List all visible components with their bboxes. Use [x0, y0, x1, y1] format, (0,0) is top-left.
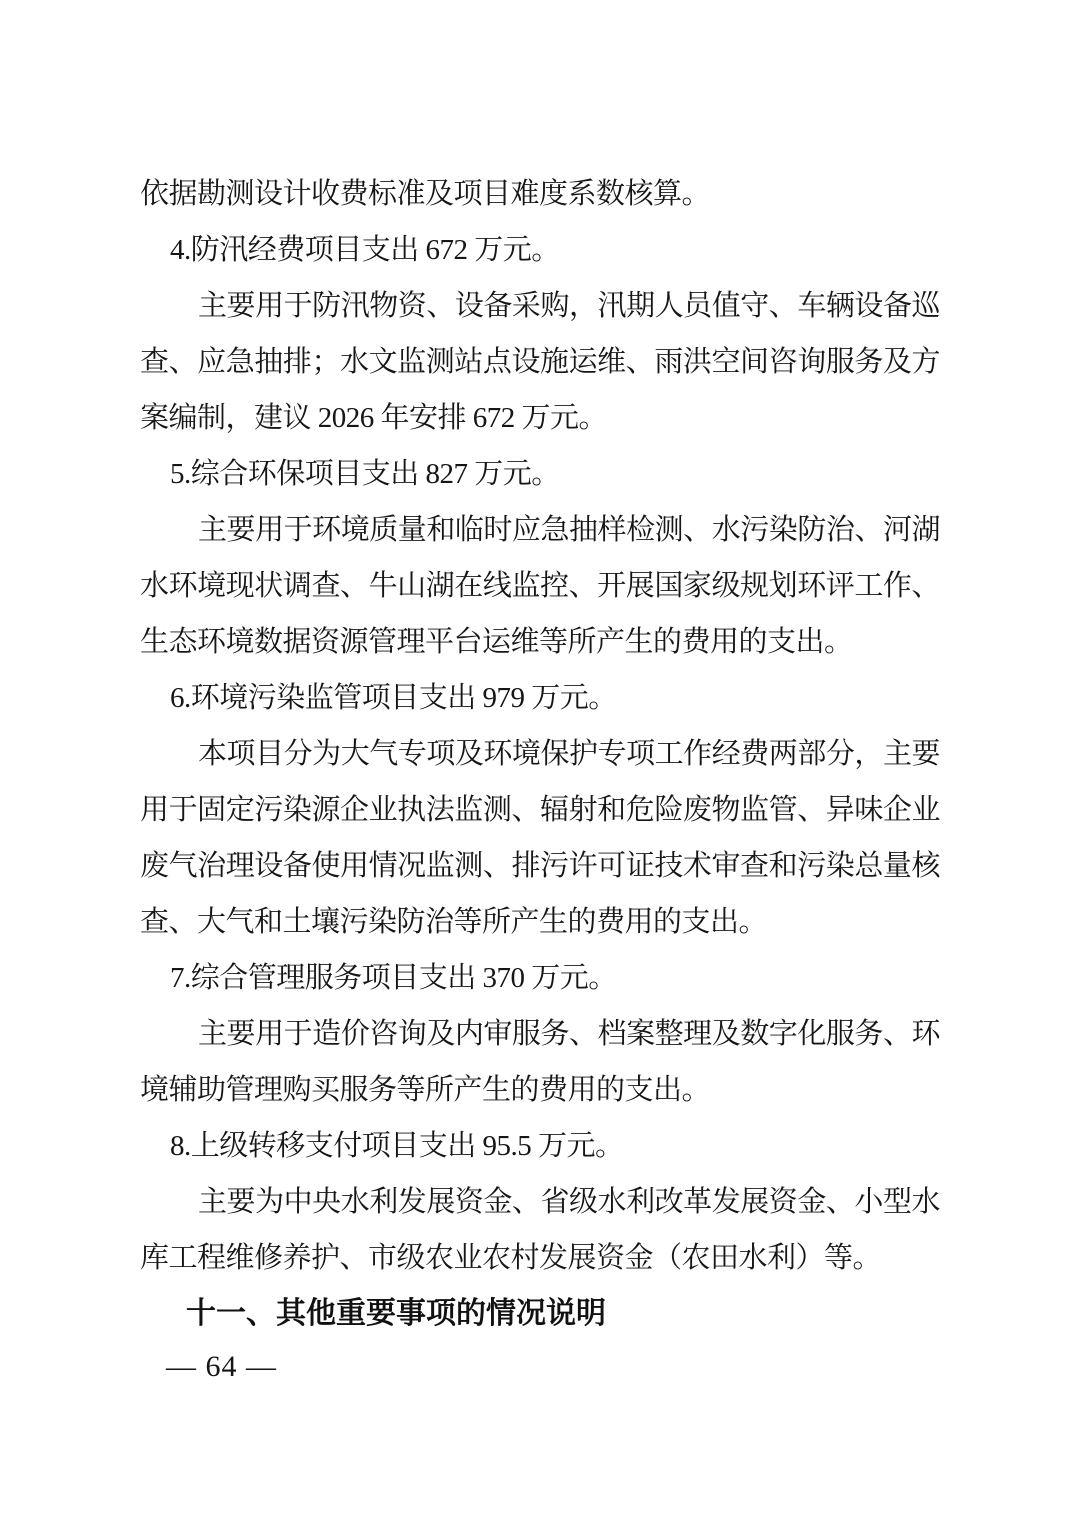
text-line-numbered-item: 6.环境污染监管项目支出 979 万元。	[140, 670, 940, 726]
text-line: 用于固定污染源企业执法监测、辐射和危险废物监管、异味企业	[140, 782, 940, 838]
text-line: 境辅助管理购买服务等所产生的费用的支出。	[140, 1062, 940, 1118]
text-line: 本项目分为大气专项及环境保护专项工作经费两部分，主要	[140, 726, 940, 782]
text-line: 水环境现状调查、牛山湖在线监控、开展国家级规划环评工作、	[140, 558, 940, 614]
section-heading: 十一、其他重要事项的情况说明	[140, 1286, 940, 1342]
text-line: 主要为中央水利发展资金、省级水利改革发展资金、小型水	[140, 1174, 940, 1230]
text-line-numbered-item: 4.防汛经费项目支出 672 万元。	[140, 222, 940, 278]
document-body: 依据勘测设计收费标准及项目难度系数核算。 4.防汛经费项目支出 672 万元。 …	[140, 166, 940, 1342]
page-number: — 64 —	[166, 1348, 277, 1386]
text-line: 库工程维修养护、市级农业农村发展资金（农田水利）等。	[140, 1230, 940, 1286]
text-line: 查、应急抽排；水文监测站点设施运维、雨洪空间咨询服务及方	[140, 334, 940, 390]
text-line-numbered-item: 5.综合环保项目支出 827 万元。	[140, 446, 940, 502]
text-line: 废气治理设备使用情况监测、排污许可证技术审查和污染总量核	[140, 838, 940, 894]
text-line-numbered-item: 7.综合管理服务项目支出 370 万元。	[140, 950, 940, 1006]
text-line: 主要用于环境质量和临时应急抽样检测、水污染防治、河湖	[140, 502, 940, 558]
text-line: 生态环境数据资源管理平台运维等所产生的费用的支出。	[140, 614, 940, 670]
text-line: 依据勘测设计收费标准及项目难度系数核算。	[140, 166, 940, 222]
text-line: 主要用于防汛物资、设备采购，汛期人员值守、车辆设备巡	[140, 278, 940, 334]
text-line: 主要用于造价咨询及内审服务、档案整理及数字化服务、环	[140, 1006, 940, 1062]
text-line: 案编制，建议 2026 年安排 672 万元。	[140, 390, 940, 446]
text-line: 查、大气和土壤污染防治等所产生的费用的支出。	[140, 894, 940, 950]
document-page: 依据勘测设计收费标准及项目难度系数核算。 4.防汛经费项目支出 672 万元。 …	[0, 0, 1074, 1520]
text-line-numbered-item: 8.上级转移支付项目支出 95.5 万元。	[140, 1118, 940, 1174]
